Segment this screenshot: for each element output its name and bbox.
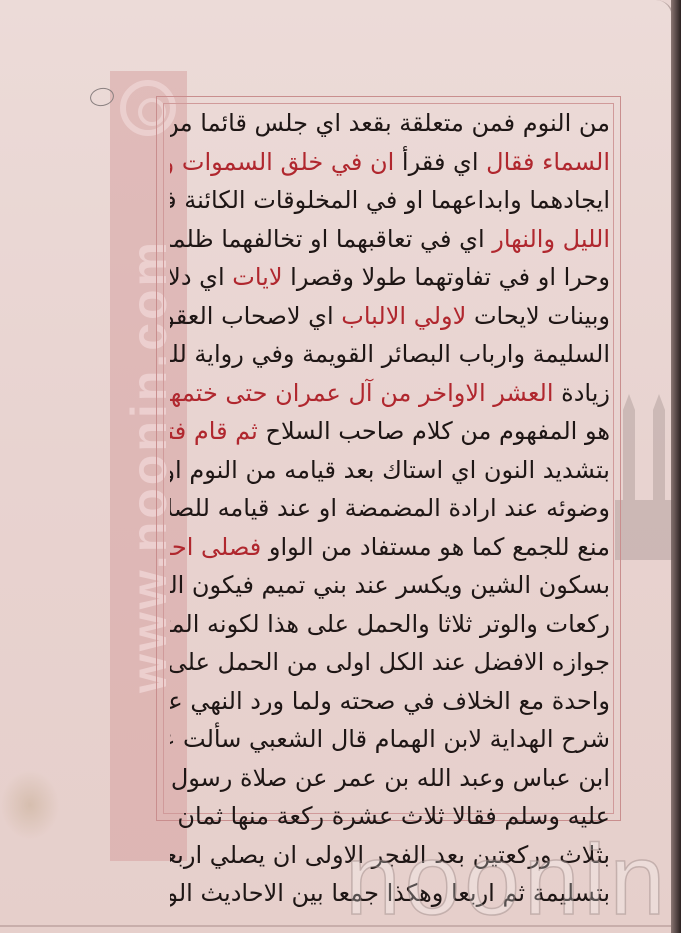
text-line: وضوئه عند ارادة المضمضة او عند قيامه للص… — [170, 489, 610, 528]
rubric-text: لايات — [232, 263, 282, 291]
body-text: اي في تعاقبهما او تخالفهما ظلمة او نورا … — [170, 225, 492, 253]
mosque-watermark-icon — [615, 390, 675, 560]
rubric-text: لاولي الالباب — [341, 302, 466, 330]
body-text: منع للجمع كما هو مستفاد من الواو — [261, 533, 610, 561]
text-line: ركعات والوتر ثلاثا والحمل على هذا لكونه … — [170, 605, 610, 644]
text-line: زيادة العشر الاواخر من آل عمران حتى ختمه… — [170, 374, 610, 413]
body-text: ابن عباس وعبد الله بن عمر عن صلاة رسول ا… — [170, 764, 610, 792]
body-text: من النوم فمن متعلقة بقعد اي جلس قائما من… — [170, 109, 610, 137]
text-line: بسكون الشين ويكسر عند بني تميم فيكون الت… — [170, 566, 610, 605]
rubric-text: الليل والنهار — [492, 225, 610, 253]
bottom-watermark: noonin — [345, 835, 675, 925]
text-line: الليل والنهار اي في تعاقبهما او تخالفهما… — [170, 220, 610, 259]
text-line: وحرا او في تفاوتهما طولا وقصرا لايات اي … — [170, 258, 610, 297]
rubric-text: ان في خلق السموات والارض — [170, 148, 394, 176]
text-line: ابن عباس وعبد الله بن عمر عن صلاة رسول ا… — [170, 759, 610, 798]
rubric-text: السماء فقال — [486, 148, 610, 176]
paper-stain — [0, 770, 60, 840]
body-text: وحرا او في تفاوتهما طولا وقصرا — [283, 263, 610, 291]
text-line: بتشديد النون اي استاك بعد قيامه من النوم… — [170, 451, 610, 490]
body-text: السليمة وارباب البصائر القويمة وفي رواية… — [170, 340, 610, 368]
body-text: ركعات والوتر ثلاثا والحمل على هذا لكونه … — [170, 610, 610, 638]
body-text: واحدة مع الخلاف في صحته ولما ورد النهي ع… — [170, 687, 610, 715]
body-text: بتشديد النون اي استاك بعد قيامه من النوم… — [170, 456, 610, 484]
text-line: من النوم فمن متعلقة بقعد اي جلس قائما من… — [170, 104, 610, 143]
text-line: واحدة مع الخلاف في صحته ولما ورد النهي ع… — [170, 682, 610, 721]
body-text: اي لاصحاب العقول — [170, 302, 341, 330]
body-text: بسكون الشين ويكسر عند بني تميم فيكون الت… — [170, 571, 610, 599]
rubric-text: ثم قام فتوضأ واستن — [170, 417, 258, 445]
rubric-text: فصلى احدى عشرة ركعة — [170, 533, 261, 561]
text-line: شرح الهداية لابن الهمام قال الشعبي سألت … — [170, 720, 610, 759]
text-line: السماء فقال اي فقرأ ان في خلق السموات وا… — [170, 143, 610, 182]
body-text: ايجادهما وابداعهما او في المخلوقات الكائ… — [170, 186, 610, 214]
text-line: هو المفهوم من كلام صاحب السلاح ثم قام فت… — [170, 412, 610, 451]
body-text: اي فقرأ — [394, 148, 486, 176]
text-line: ايجادهما وابداعهما او في المخلوقات الكائ… — [170, 181, 610, 220]
body-text: اي دلالات واضحات — [170, 263, 232, 291]
text-line: منع للجمع كما هو مستفاد من الواو فصلى اح… — [170, 528, 610, 567]
body-text: وضوئه عند ارادة المضمضة او عند قيامه للص… — [170, 494, 610, 522]
text-line: وبينات لايحات لاولي الالباب اي لاصحاب ال… — [170, 297, 610, 336]
body-text: وبينات لايحات — [466, 302, 610, 330]
body-text: جوازه الافضل عند الكل اولى من الحمل على … — [170, 648, 610, 676]
text-line: جوازه الافضل عند الكل اولى من الحمل على … — [170, 643, 610, 682]
manuscript-text: من النوم فمن متعلقة بقعد اي جلس قائما من… — [170, 104, 610, 913]
body-text: شرح الهداية لابن الهمام قال الشعبي سألت … — [170, 725, 610, 753]
text-line: السليمة وارباب البصائر القويمة وفي رواية… — [170, 335, 610, 374]
body-text: زيادة — [554, 379, 610, 407]
body-text: هو المفهوم من كلام صاحب السلاح — [258, 417, 610, 445]
rubric-text: العشر الاواخر من آل عمران حتى ختمها — [170, 379, 554, 407]
